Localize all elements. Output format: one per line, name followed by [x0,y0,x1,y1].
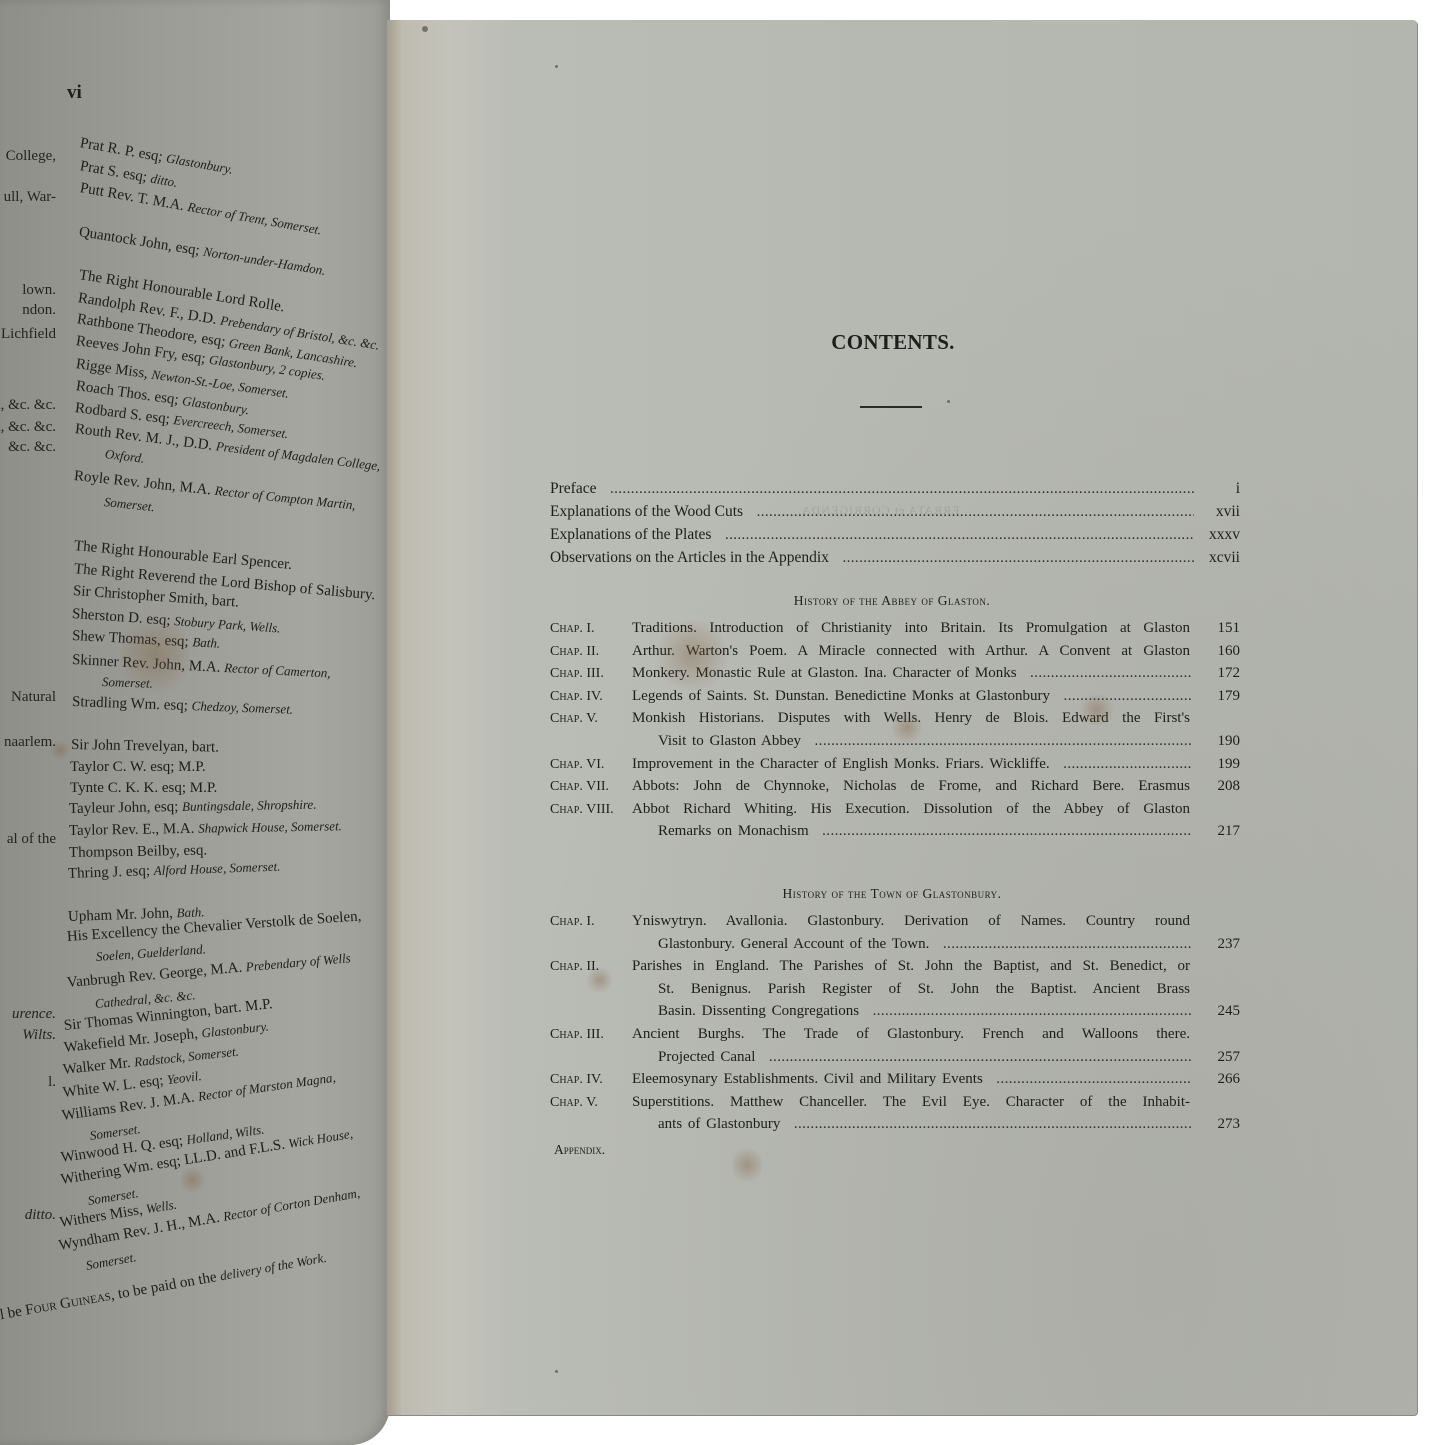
subscriber-place: Stobury Park, Wells. [174,613,281,635]
chapter-number: Chap. V. [550,1095,632,1111]
chapter-page: 208 [1200,778,1240,795]
subscriber-name: Oxford. [104,446,145,466]
section-heading: History of the Abbey of Glaston. [387,593,1397,609]
subscriber-entry: Soelen, Guelderland. [95,941,206,965]
chapter-page: 172 [1200,665,1240,682]
toc-entry-label: Preface [550,480,596,498]
dot-leader [1064,691,1192,703]
dot-leader [873,1006,1192,1018]
chapter-page: 245 [1200,1003,1240,1020]
subscriber-name: Sherston D. esq; [71,606,171,629]
margin-fragment: ditto. [25,1207,56,1224]
chapter-title: Abbot Richard Whiting. His Execution. Di… [632,801,1190,818]
chapter-entry: Chap. IV.Eleemosynary Establishments. Ci… [550,1071,1240,1094]
subscriber-place: Shapwick House, Somerset. [198,818,342,836]
chapter-number: Chap. VI. [550,757,632,773]
chapter-title: Monkery. Monastic Rule at Glaston. Ina. … [632,665,1017,682]
margin-fragment: College, [6,148,56,165]
subscriber-place: Glastonbury. [201,1019,270,1041]
chapter-entry: Chap. VII.Abbots: John de Chynnoke, Nich… [550,778,1240,801]
margin-fragment: Lichfield [1,326,56,343]
page-inner-edge [387,20,401,1415]
foxing-stain [732,1145,762,1185]
chapter-number: Chap. III. [550,666,632,682]
subscriber-place: Alford House, Somerset. [153,859,280,878]
subscriber-place: Prebendary of Wells [245,950,351,974]
subscriber-place: Rector of Camerton, [224,660,331,681]
left-page: vi College,ull, War-lown.ndon.Lichfieldl… [0,0,390,1445]
toc-entry-page: xxxv [1204,526,1240,544]
chapter-title: Glastonbury. General Account of the Town… [658,936,929,953]
toc-entry-label: Observations on the Articles in the Appe… [550,549,829,567]
margin-fragment: l. [48,1074,56,1091]
margin-fragments: College,ull, War-lown.ndon.Lichfieldld, … [0,0,70,1445]
chapter-title: Projected Canal [658,1049,755,1066]
chapter-page: 273 [1200,1116,1240,1133]
chapter-number: Chap. I. [550,621,632,637]
subscriber-name: Somerset. [85,1249,138,1273]
margin-fragment: ndon. [22,302,56,319]
chapter-page: 237 [1200,936,1240,953]
right-page: ERRATA et CORRIGENDA. CONTENTS. Prefacei… [387,20,1417,1415]
subscriber-name: Shew Thomas, esq; [72,628,189,650]
chapter-title: St. Benignus. Parish Register of St. Joh… [658,981,1190,998]
toc-entry-page: i [1204,480,1240,498]
chapter-title: Arthur. Warton's Poem. A Miracle connect… [632,643,1190,660]
subscriber-place: Wick House, [287,1126,354,1151]
subscriber-entry: Somerset. [103,494,155,515]
chapter-number: Chap. VIII. [550,802,632,818]
subscriber-place: ditto. [149,171,178,190]
subscriber-entry: Stradling Wm. esq; Chedzoy, Somerset. [72,694,294,719]
subscriber-place: Rector of Trent, Somerset. [187,199,323,237]
chapter-number: Chap. VII. [550,779,632,795]
subscriber-name: Stradling Wm. esq; [72,694,188,714]
subscriber-place: Rector of Corton Denham, [222,1185,361,1224]
dot-leader [610,484,1194,496]
chapter-number: Chap. II. [550,644,632,660]
margin-fragment: lown. [22,282,56,299]
subscriber-place: Norton-under-Hamdon. [202,244,326,278]
dot-leader [815,736,1192,748]
chapter-number: Chap. II. [550,959,632,975]
subscriber-entry: Sir John Trevelyan, bart. [71,737,219,757]
section-heading: History of the Town of Glastonbury. [387,886,1397,902]
chapter-number: Chap. IV. [550,1072,632,1088]
subscriber-place: Bath. [176,904,204,920]
subscriber-place: President of Magdalen College, [215,438,381,473]
subscriber-name: Taylor C. W. esq; [70,759,174,775]
subscriber-place: Glastonbury. [165,150,234,177]
subscriber-name: Soelen, Guelderland. [95,941,206,964]
speck [947,400,950,403]
dot-leader [823,826,1192,838]
chapter-title: Legends of Saints. St. Dunstan. Benedict… [632,688,1050,705]
margin-fragment: ld, &c. &c. [0,397,56,414]
chapter-page: 266 [1200,1071,1240,1088]
chapter-number: Chap. III. [550,1027,632,1043]
chapter-number: Chap. V. [550,711,632,727]
chapter-page: 217 [1200,823,1240,840]
chapter-entry: Chap. I.Traditions. Introduction of Chri… [550,620,1240,643]
chapter-page: 257 [1200,1049,1240,1066]
margin-fragment: &c. &c. [8,439,56,456]
subscriber-entry: Somerset. [85,1249,138,1274]
subscriber-name: Somerset. [103,494,155,514]
subscriber-name: Rigge Miss, [75,356,149,382]
footer-text-italic: delivery of the Work. [219,1250,328,1283]
subscriber-name: Quantock John, esq; [78,224,201,259]
subscriber-place: Rector of Compton Martin, [214,483,356,513]
subscriber-place: Rector of Marston Magna, [197,1070,336,1104]
margin-fragment: ull, War- [4,189,56,206]
toc-entry-page: xvii [1204,503,1240,521]
chapter-title: Basin. Dissenting Congregations [658,1003,859,1020]
chapter-entry: Chap. V.Monkish Historians. Disputes wit… [550,710,1240,755]
subscriber-name: Tayleur John, esq; [69,799,179,817]
margin-fragment: urence. [12,1006,56,1023]
subscriber-name: Sir John Trevelyan, bart. [71,737,219,756]
chapter-number: Chap. I. [550,914,632,930]
dot-leader [725,530,1194,542]
margin-fragment: Natural [11,689,56,706]
dot-leader [757,507,1194,519]
toc-entry-page: xcvii [1204,549,1240,567]
subscriber-entry: Thompson Beilby, esq. [69,843,207,862]
subscriber-place: Wells. [145,1197,178,1217]
chapter-entry: Chap. III.Monkery. Monastic Rule at Glas… [550,665,1240,688]
chapter-page: 179 [1200,688,1240,705]
chapter-title: ants of Glastonbury [658,1116,780,1133]
chapter-page: 199 [1200,756,1240,773]
subscriber-name: Royle Rev. John, M.A. [73,468,212,498]
chapter-title: Remarks on Monachism [658,823,809,840]
appendix-label: Appendix. [554,1142,605,1158]
chapter-title: Abbots: John de Chynnoke, Nicholas de Fr… [632,778,1190,795]
dot-leader [1031,668,1192,680]
subscriber-name: Taylor Rev. E., M.A. [69,821,195,839]
chapter-page: 151 [1200,620,1240,637]
footer-text-mid: to be paid on the [113,1269,222,1303]
subscriber-place: Buntingsdale, Shropshire. [182,797,317,814]
toc-entry: Prefacei [550,480,1240,502]
speck [422,26,428,32]
margin-fragment: Wilts. [22,1027,56,1044]
subscriber-entry: Oxford. [104,446,145,467]
chapter-entry: Chap. V.Superstitions. Matthew Chancelle… [550,1094,1240,1139]
margin-fragment: naarlem. [4,734,56,751]
subscriber-name: Walker Mr. [62,1055,131,1078]
subscriber-name: Somerset. [102,674,153,691]
chapter-title: Eleemosynary Establishments. Civil and M… [632,1071,983,1088]
chapter-page: 160 [1200,643,1240,660]
subscriber-entry: Tynte C. K. K. esq; M.P. [70,780,217,797]
dot-leader [769,1052,1192,1064]
subscriber-name: Thompson Beilby, esq. [69,843,207,861]
toc-entry-label: Explanations of the Wood Cuts [550,503,743,521]
chapter-number: Chap. IV. [550,689,632,705]
dot-leader [1064,759,1192,771]
chapter-entry: Chap. III.Ancient Burghs. The Trade of G… [550,1026,1240,1071]
speck [555,65,558,68]
dot-leader [997,1074,1192,1086]
margin-fragment: nd, &c. &c. [0,419,56,436]
chapter-title: Traditions. Introduction of Christianity… [632,620,1190,637]
margin-fragment: al of the [7,831,56,848]
chapter-title: Superstitions. Matthew Chanceller. The E… [632,1094,1190,1111]
subscriber-place: Yeovil. [166,1068,202,1087]
toc-entry: Observations on the Articles in the Appe… [550,549,1240,571]
subscriber-entry: Taylor Rev. E., M.A. Shapwick House, Som… [69,818,342,840]
chapter-title: Ancient Burghs. The Trade of Glastonbury… [632,1026,1190,1043]
chapter-entry: Chap. I.Yniswytryn. Avallonia. Glastonbu… [550,913,1240,958]
chapter-title: Improvement in the Character of English … [632,756,1050,773]
chapter-entry: Chap. VI.Improvement in the Character of… [550,756,1240,779]
subscriber-place: Chedzoy, Somerset. [191,698,293,717]
title-rule [860,406,922,408]
contents-title: CONTENTS. [387,330,1397,355]
contents-title-text: CONTENTS. [831,330,954,354]
toc-entry: Explanations of the Wood Cutsxvii [550,503,1240,525]
toc-entry: Explanations of the Platesxxxv [550,526,1240,548]
subscriber-name: Thring J. esq; [68,863,151,882]
chapter-entry: Chap. II.Parishes in England. The Parish… [550,958,1240,1026]
chapter-entry: Chap. II.Arthur. Warton's Poem. A Miracl… [550,643,1240,666]
chapter-title: Visit to Glaston Abbey [658,733,801,750]
dot-leader [943,939,1192,951]
toc-entry-label: Explanations of the Plates [550,526,711,544]
dot-leader [794,1119,1192,1131]
subscriber-name: Vanbrugh Rev. George, M.A. [66,960,243,991]
subscriber-place: M.P. [190,780,218,796]
subscriber-entry: Somerset. [102,674,153,692]
chapter-title: Yniswytryn. Avallonia. Glastonbury. Deri… [632,913,1190,930]
subscriber-entry: Taylor C. W. esq; M.P. [70,759,206,776]
subscriber-entry: Tayleur John, esq; Buntingsdale, Shropsh… [69,797,317,818]
chapter-title: Parishes in England. The Parishes of St.… [632,958,1190,975]
chapter-title: Monkish Historians. Disputes with Wells.… [632,710,1190,727]
speck [555,1370,558,1373]
subscriber-place: Bath. [192,634,221,650]
subscriber-entry: Thring J. esq; Alford House, Somerset. [68,859,281,883]
subscriber-name: Tynte C. K. K. esq; [70,780,186,796]
chapter-entry: Chap. IV.Legends of Saints. St. Dunstan.… [550,688,1240,711]
dot-leader [843,553,1194,565]
chapter-page: 190 [1200,733,1240,750]
subscriber-name: Skinner Rev. John, M.A. [72,652,221,676]
chapter-entry: Chap. VIII.Abbot Richard Whiting. His Ex… [550,801,1240,846]
subscriber-place: M.P. [178,759,206,775]
